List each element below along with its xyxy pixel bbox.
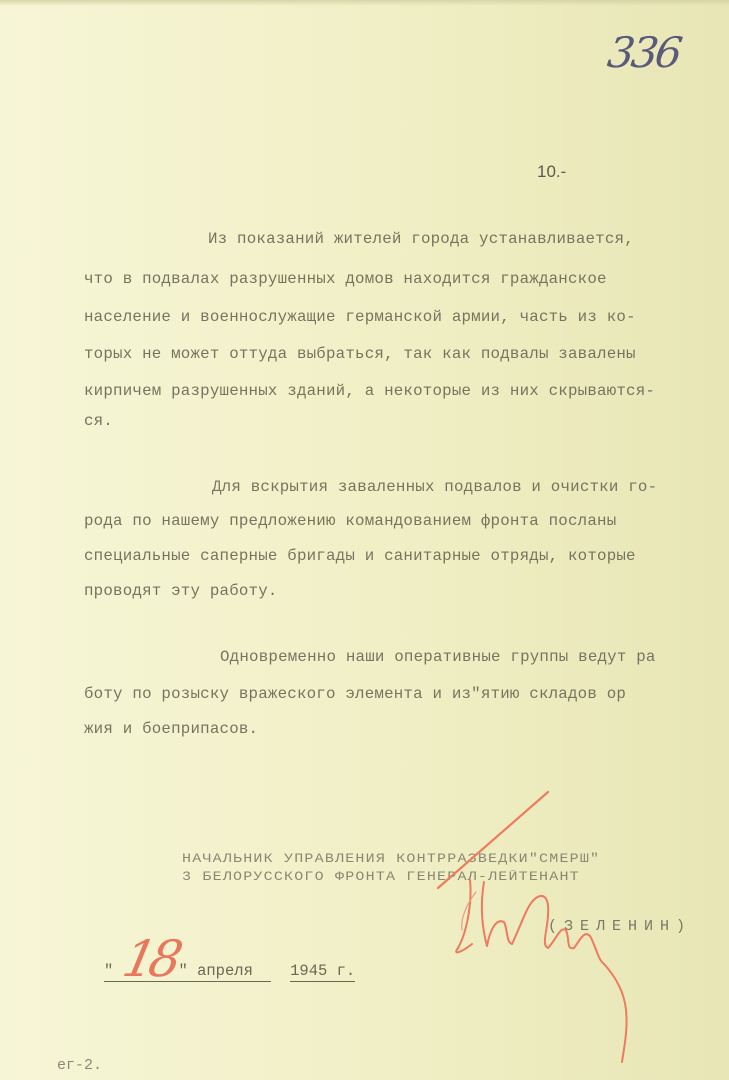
date-month: апреля <box>197 962 253 980</box>
paragraph-1-line-3: население и военнослужащие германской ар… <box>84 308 636 326</box>
paragraph-1-line-6: ся. <box>84 412 113 430</box>
page-number: 10.- <box>537 162 566 182</box>
date-close-quote: " <box>178 962 187 980</box>
paragraph-1-line-4: торых не может оттуда выбраться, так как… <box>84 345 636 363</box>
handwritten-signature <box>456 880 626 1062</box>
signature-title-line-2: 3 БЕЛОРУССКОГО ФРОНТА ГЕНЕРАЛ-ЛЕЙТЕНАНТ <box>182 870 580 884</box>
handwritten-archive-number: 336 <box>605 28 683 77</box>
date-open-quote: " <box>104 962 113 980</box>
paragraph-3-line-3: жия и боеприпасов. <box>84 720 258 738</box>
paper-top-edge <box>0 0 729 6</box>
paragraph-1-line-5: кирпичем разрушенных зданий, а некоторые… <box>84 382 655 400</box>
signature-title-line-1: НАЧАЛЬНИК УПРАВЛЕНИЯ КОНТРРАЗВЕДКИ"СМЕРШ… <box>182 852 600 866</box>
document-page: 336 10.- Из показаний жителей города уст… <box>0 0 729 1080</box>
paragraph-3-line-2: боту по розыску вражеского элемента и из… <box>84 685 626 703</box>
paragraph-2-line-1: Для вскрытия заваленных подвалов и очист… <box>212 478 657 496</box>
date-year: 1945 <box>290 962 327 980</box>
paragraph-2-line-4: проводят эту работу. <box>84 582 278 600</box>
paragraph-2-line-3: специальные саперные бригады и санитарны… <box>84 547 636 565</box>
paragraph-1-line-1: Из показаний жителей города устанавливае… <box>208 230 634 248</box>
paragraph-3-line-1: Одновременно наши оперативные группы вед… <box>220 648 656 666</box>
paragraph-2-line-2: рода по нашему предложению командованием… <box>84 512 616 530</box>
date-year-suffix: г. <box>337 962 356 980</box>
paragraph-1-line-2: что в подвалах разрушенных домов находит… <box>84 270 607 288</box>
signature-hook <box>462 892 476 930</box>
signatory-name: (ЗЕЛЕНИН) <box>548 918 692 935</box>
reference-code: ег-2. <box>57 1057 102 1074</box>
